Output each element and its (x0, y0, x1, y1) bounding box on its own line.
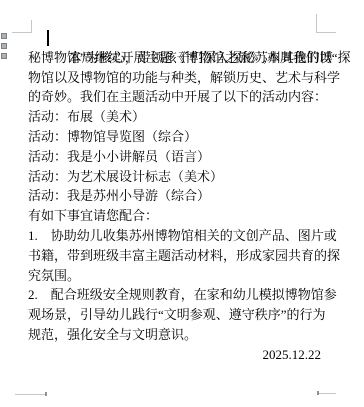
document-page: 本周继续开展主题《博物馆之旅》,本周我们以“探 秘博物馆”为核心，带领孩子们深入… (0, 0, 364, 407)
document-text-area[interactable]: 本周继续开展主题《博物馆之旅》,本周我们以“探 秘博物馆”为核心，带领孩子们深入… (28, 28, 343, 365)
notice-item1-line: 1. 协助幼儿收集苏州博物馆相关的文创产品、图片或 (28, 226, 343, 246)
document-date: 2025.12.22 (28, 345, 343, 365)
left-edge-handle-dot (1, 53, 7, 59)
notice-item2-line: 规范，强化安全与文明意识。 (28, 325, 343, 345)
paragraph-intro-line: 的奇妙。我们在主题活动中开展了以下的活动内容： (28, 87, 343, 107)
notice-intro-line: 有如下事宜请您配合： (28, 206, 343, 226)
notice-item1-line: 究氛围。 (28, 266, 343, 286)
activity-list-item: 活动：博物馆导览图（综合） (28, 127, 343, 147)
activity-list-item: 活动：我是小小讲解员（语言） (28, 147, 343, 167)
notice-item2-line: 2. 配合班级安全规则教育，在家和幼儿模拟博物馆参 (28, 285, 343, 305)
activity-list-item: 活动：为艺术展设计标志（美术） (28, 167, 343, 187)
activity-list-item: 活动：我是苏州小导游（综合） (28, 186, 343, 206)
text-cursor (47, 30, 49, 46)
crop-mark-bottom-left-horizontal (15, 394, 47, 395)
notice-item1-line: 书籍，带到班级丰富主题活动材料，形成家园共育的探 (28, 246, 343, 266)
crop-mark-bottom-right-horizontal (317, 393, 336, 394)
paragraph-intro-line: 物馆以及博物馆的功能与种类，解锁历史、艺术与科学 (28, 68, 343, 88)
left-edge-handle-dot (1, 43, 7, 49)
crop-mark-bottom-right-nub (317, 391, 319, 395)
notice-item2-line: 观场景，引导幼儿践行“文明参观、遵守秩序”的行为 (28, 305, 343, 325)
crop-mark-bottom-left-nub (45, 392, 47, 396)
activity-list-item: 活动：布展（美术） (28, 107, 343, 127)
left-edge-handle-dot (1, 33, 7, 39)
paragraph-text: 本周继续开展主题《博物馆之旅》,本周我们以“探 (69, 50, 351, 65)
paragraph-intro-line: 本周继续开展主题《博物馆之旅》,本周我们以“探 (28, 28, 343, 48)
